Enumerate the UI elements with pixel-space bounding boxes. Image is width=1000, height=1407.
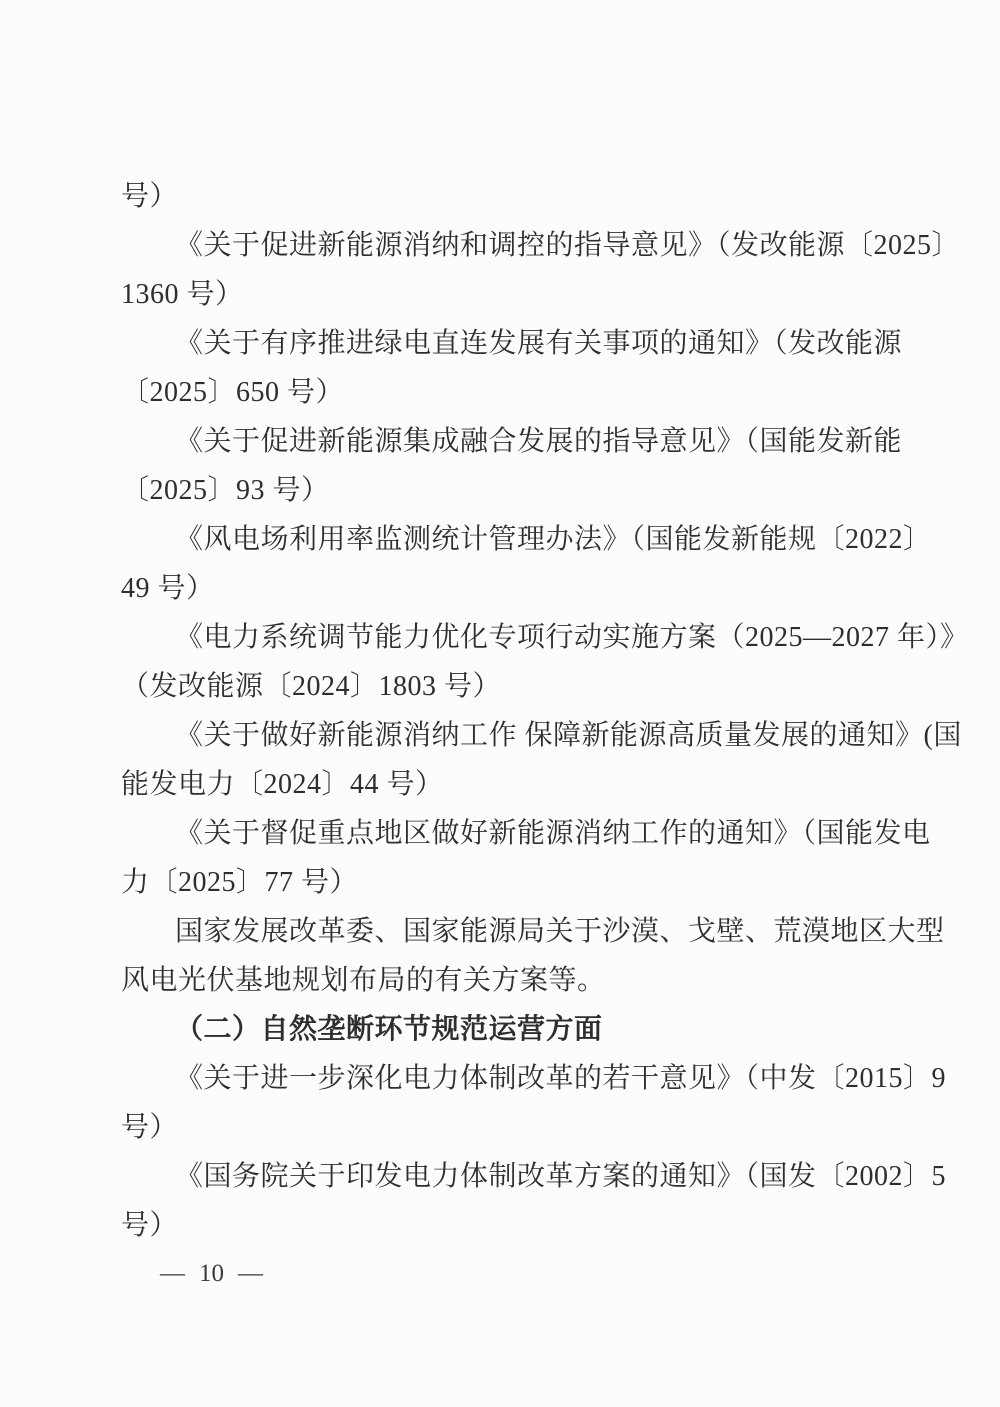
- text-line: （二）自然垄断环节规范运营方面: [121, 1005, 891, 1054]
- footer-dash-right: —: [238, 1260, 263, 1288]
- text-line: （发改能源〔2024〕1803 号）: [121, 662, 891, 711]
- text-line: 《关于进一步深化电力体制改革的若干意见》（中发〔2015〕9: [121, 1054, 891, 1103]
- document-body: 号）《关于促进新能源消纳和调控的指导意见》（发改能源〔2025〕1360 号）《…: [121, 172, 891, 1250]
- text-line: 国家发展改革委、国家能源局关于沙漠、戈壁、荒漠地区大型: [121, 907, 891, 956]
- text-line: 号）: [121, 172, 891, 221]
- text-line: 能发电力〔2024〕44 号）: [121, 760, 891, 809]
- text-line: 《风电场利用率监测统计管理办法》（国能发新能规〔2022〕: [121, 515, 891, 564]
- text-line: 《国务院关于印发电力体制改革方案的通知》（国发〔2002〕5: [121, 1152, 891, 1201]
- text-line: 《关于促进新能源消纳和调控的指导意见》（发改能源〔2025〕: [121, 221, 891, 270]
- text-line: 《关于促进新能源集成融合发展的指导意见》（国能发新能: [121, 417, 891, 466]
- text-line: 号）: [121, 1103, 891, 1152]
- page-number: 10: [199, 1260, 224, 1288]
- text-line: 《电力系统调节能力优化专项行动实施方案（2025—2027 年）》: [121, 613, 891, 662]
- text-line: 《关于有序推进绿电直连发展有关事项的通知》（发改能源: [121, 319, 891, 368]
- text-line: 1360 号）: [121, 270, 891, 319]
- text-line: 〔2025〕93 号）: [121, 466, 891, 515]
- text-line: 力〔2025〕77 号）: [121, 858, 891, 907]
- text-line: 风电光伏基地规划布局的有关方案等。: [121, 956, 891, 1005]
- text-line: 〔2025〕650 号）: [121, 368, 891, 417]
- text-line: 号）: [121, 1201, 891, 1250]
- page-footer: — 10 —: [160, 1260, 263, 1288]
- footer-dash-left: —: [160, 1260, 185, 1288]
- document-page: 号）《关于促进新能源消纳和调控的指导意见》（发改能源〔2025〕1360 号）《…: [0, 0, 1000, 1407]
- text-line: 《关于做好新能源消纳工作 保障新能源高质量发展的通知》(国: [121, 711, 891, 760]
- text-line: 《关于督促重点地区做好新能源消纳工作的通知》（国能发电: [121, 809, 891, 858]
- text-line: 49 号）: [121, 564, 891, 613]
